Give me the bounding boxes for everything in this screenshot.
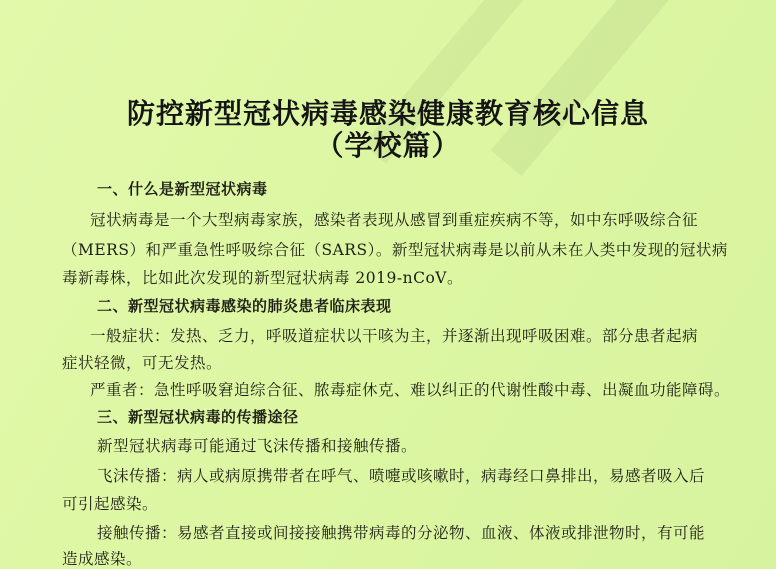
section-3-line-3: 可引起感染。	[62, 492, 158, 514]
document-page: 防控新型冠状病毒感染健康教育核心信息 （学校篇） 一、什么是新型冠状病毒 冠状病…	[0, 0, 776, 569]
section-3-heading: 三、新型冠状病毒的传播途径	[97, 406, 299, 427]
section-1-heading: 一、什么是新型冠状病毒	[97, 178, 268, 199]
section-1-line-1: 冠状病毒是一个大型病毒家族，感染者表现从感冒到重症疾病不等，如中东呼吸综合征	[90, 208, 698, 230]
section-1-line-2: （MERS）和严重急性呼吸综合征（SARS）。新型冠状病毒是以前从未在人类中发现…	[62, 238, 728, 260]
section-3-line-1: 新型冠状病毒可能通过飞沫传播和接触传播。	[97, 434, 417, 456]
section-1-line-3: 毒新毒株，比如此次发现的新型冠状病毒 2019-nCoV。	[62, 266, 463, 288]
section-3-line-5: 造成感染。	[62, 547, 142, 569]
section-2-line-3: 严重者：急性呼吸窘迫综合征、脓毒症休克、难以纠正的代谢性酸中毒、出凝血功能障碍。	[90, 378, 730, 400]
section-2-line-1: 一般症状：发热、乏力，呼吸道症状以干咳为主，并逐渐出现呼吸困难。部分患者起病	[90, 324, 698, 346]
section-3-line-2: 飞沫传播：病人或病原携带者在呼气、喷嚏或咳嗽时，病毒经口鼻排出，易感者吸入后	[97, 464, 705, 486]
document-subtitle: （学校篇）	[0, 124, 776, 164]
section-2-line-2: 症状轻微，可无发热。	[62, 351, 222, 373]
section-3-line-4: 接触传播：易感者直接或间接接触携带病毒的分泌物、血液、体液或排泄物时，有可能	[97, 521, 705, 543]
section-2-heading: 二、新型冠状病毒感染的肺炎患者临床表现	[97, 295, 392, 316]
